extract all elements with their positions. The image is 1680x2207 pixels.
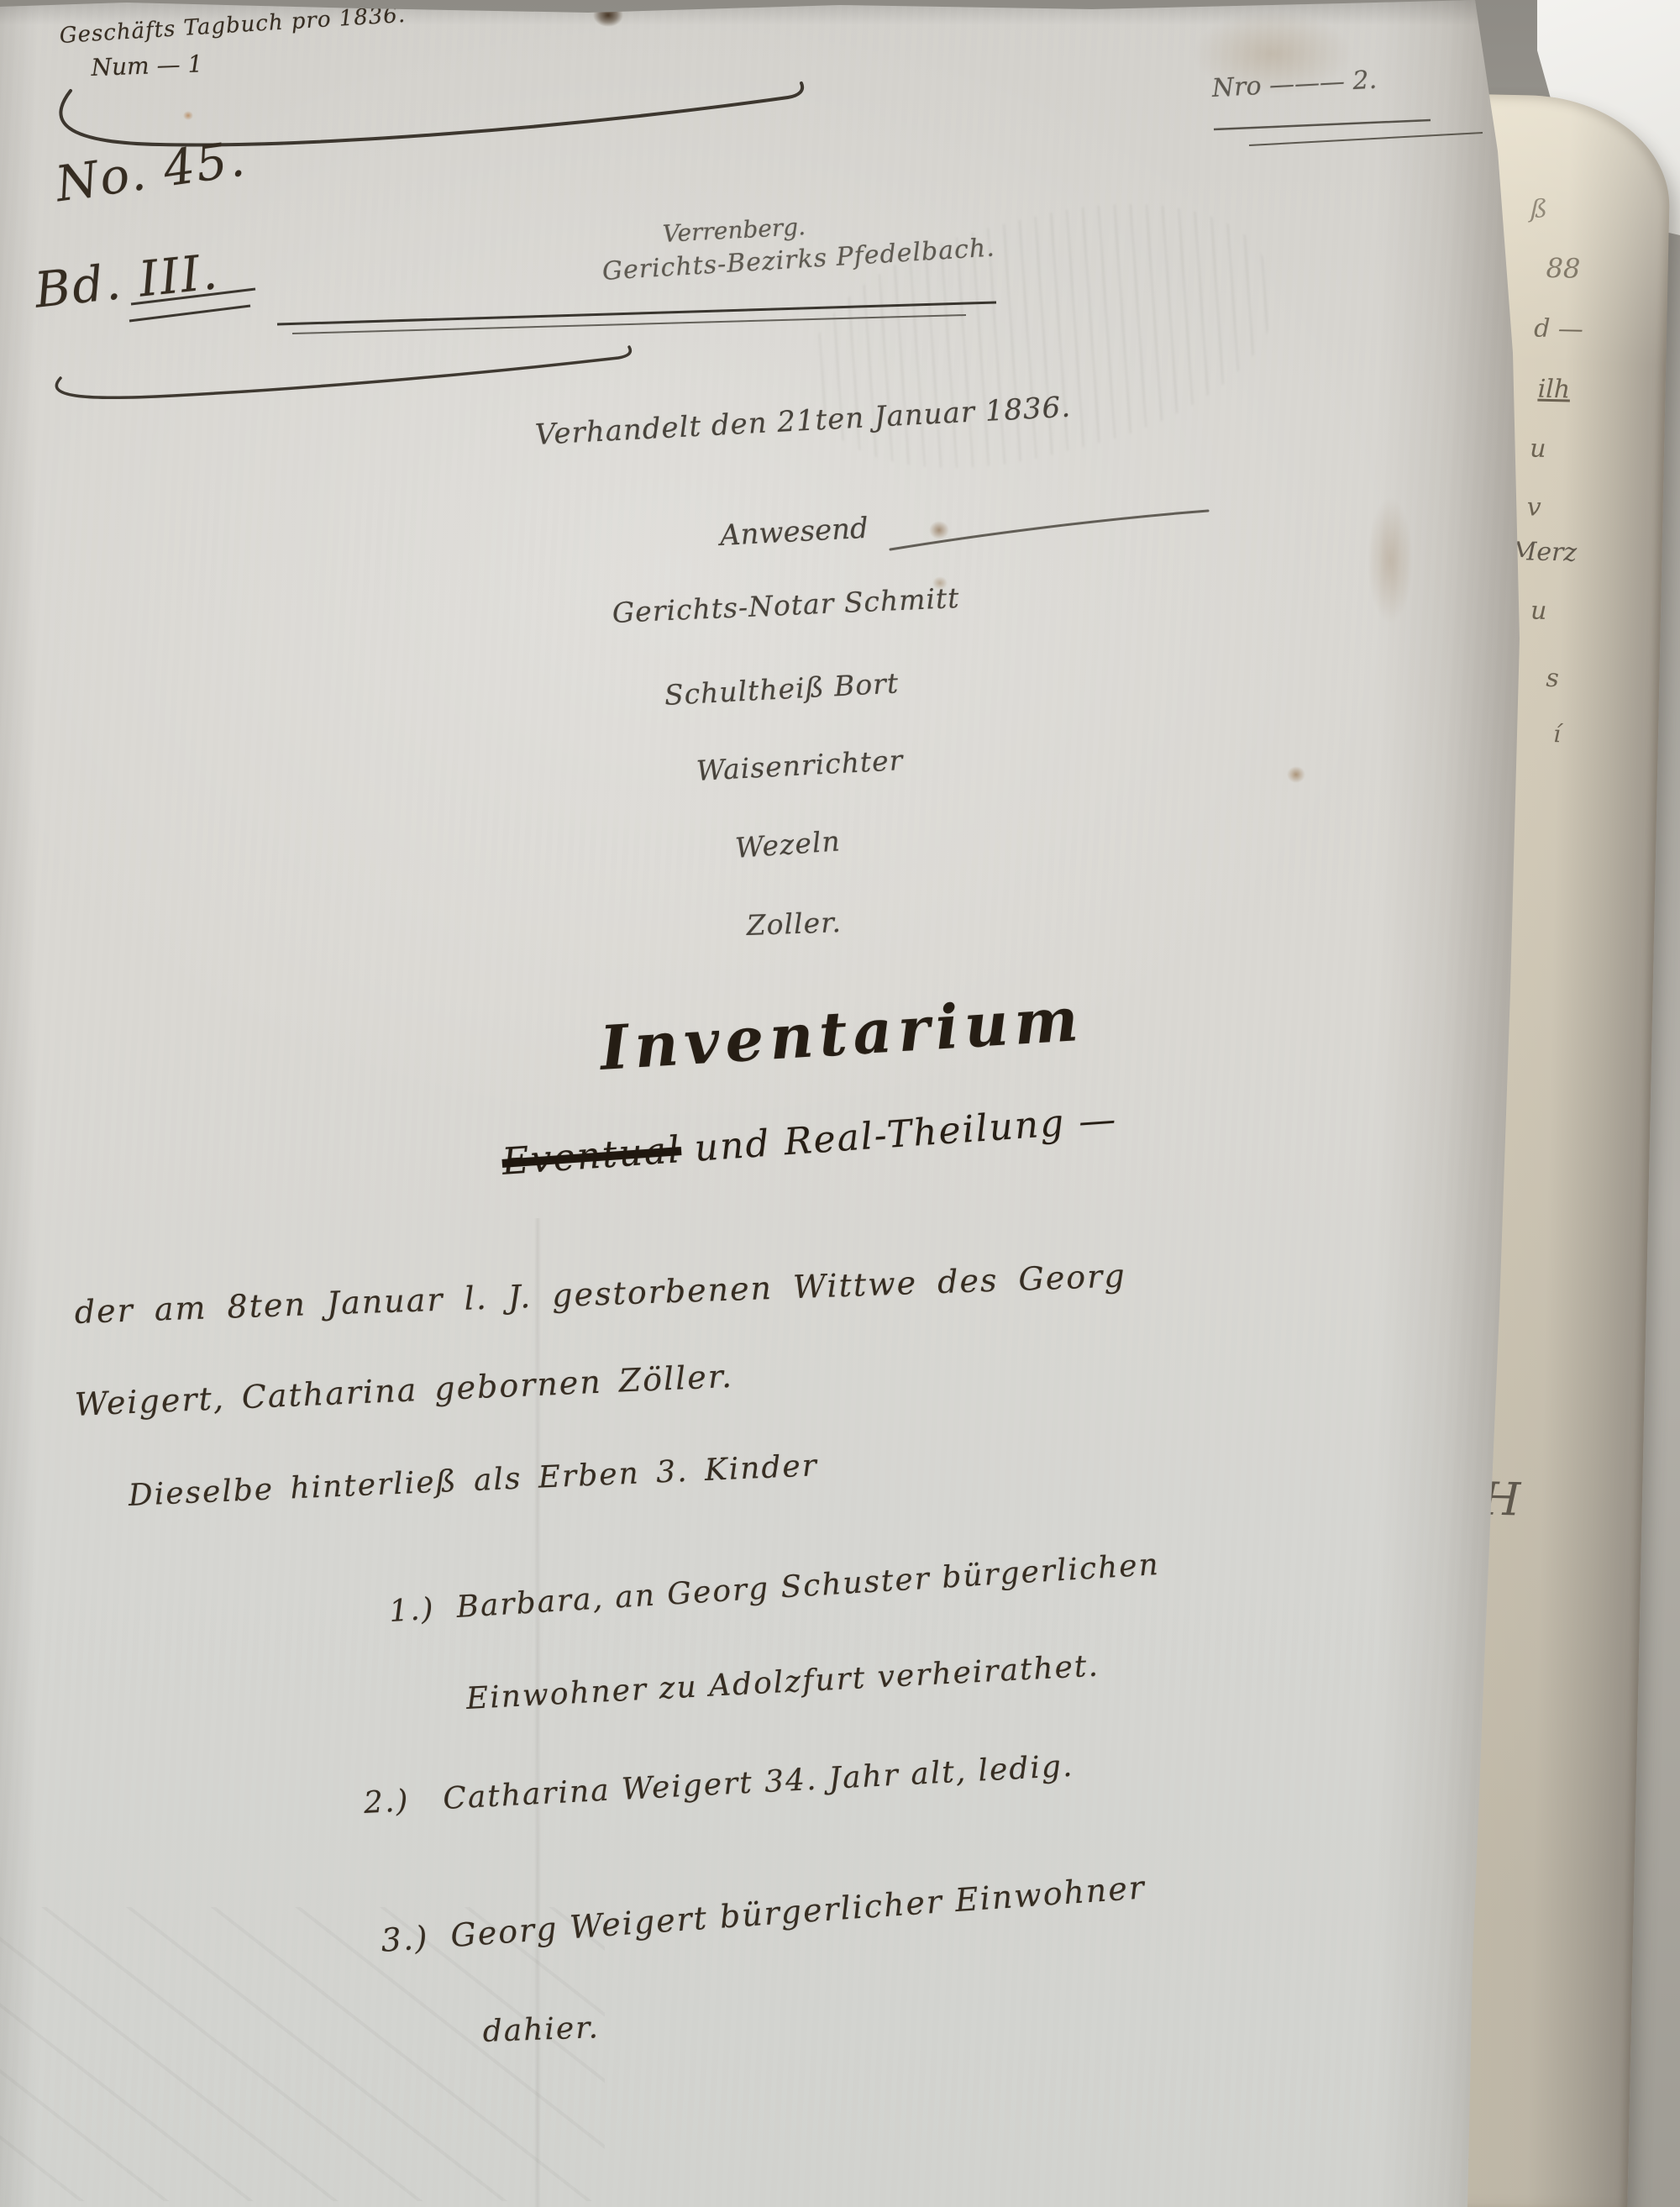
heir-item-3-line-1: 3.)Georg Weigert bürgerlicher Einwohner: [380, 1868, 1147, 1959]
file-number: No. 45.: [52, 129, 249, 213]
place-header: Verrenberg.: [662, 213, 806, 248]
foxing-spot: [1368, 497, 1413, 623]
struck-word-eventual: Eventual: [501, 1128, 683, 1184]
manuscript-page: Geschäfts Tagbuch pro 1836. Num — 1 Nro …: [0, 0, 1522, 2207]
page-edge-text-fragment: u: [1530, 434, 1546, 463]
heir-item-1-line-2: Einwohner zu Adolzfurt verheirathet.: [465, 1649, 1100, 1716]
present-person: Waisenrichter: [696, 744, 904, 787]
page-edge-text-fragment: v: [1526, 492, 1541, 522]
date-line: Verhandelt den 21ten Januar 1836.: [534, 391, 1072, 452]
present-label: Anwesend: [719, 512, 869, 553]
heir-text: Georg Weigert bürgerlicher Einwohner: [449, 1868, 1147, 1954]
header-double-rule: [269, 296, 1008, 346]
page-edge-text-fragment: 88: [1546, 252, 1581, 285]
photograph-of-manuscript: ß 88 d — ilh u v Merz u s í H f Geschäft…: [0, 0, 1680, 2207]
foxing-spot: [929, 521, 949, 539]
page-edge-text-fragment: Merz: [1510, 537, 1577, 568]
page-edge-text-fragment: d —: [1534, 314, 1583, 344]
present-person: Schultheiß Bort: [664, 666, 900, 712]
heir-item-3-line-2: dahier.: [482, 2010, 601, 2049]
journal-note: Geschäfts Tagbuch pro 1836.: [59, 3, 407, 49]
nro-label: Nro ——— 2.: [1211, 66, 1378, 103]
nro-underline: [1205, 108, 1491, 158]
present-person: Gerichts-Notar Schmitt: [612, 581, 960, 629]
flourish-under-volume: [30, 277, 736, 403]
page-edge-text-fragment: s: [1546, 664, 1559, 693]
district-header: Gerichts-Bezirks Pfedelbach.: [601, 233, 996, 286]
heir-number: 1.): [388, 1592, 436, 1629]
page-edge-text-fragment: u: [1530, 596, 1547, 626]
crease-shadow: [0, 1907, 605, 2201]
volume-label: Bd. III.: [32, 243, 222, 319]
body-line: Weigert, Catharina gebornen Zöller.: [74, 1358, 734, 1423]
heir-item-1-line-1: 1.)Barbara, an Georg Schuster bürgerlich…: [388, 1548, 1161, 1629]
foxing-spot: [932, 576, 948, 590]
foxing-spot: [183, 111, 193, 120]
journal-number: Num — 1: [91, 50, 203, 81]
heir-number: 3.): [380, 1919, 430, 1959]
page-edge-text-fragment: ilh: [1537, 375, 1570, 405]
page-edge-text-fragment: í: [1553, 720, 1562, 748]
flourish-after-present-label: [882, 502, 1218, 561]
document-title: Inventarium: [598, 983, 1086, 1084]
body-line: Dieselbe hinterließ als Erben 3. Kinder: [128, 1448, 819, 1513]
heir-text: Catharina Weigert 34. Jahr alt, ledig.: [442, 1749, 1074, 1816]
heir-item-2: 2.)Catharina Weigert 34. Jahr alt, ledig…: [363, 1749, 1074, 1821]
body-line: der am 8ten Januar l. J. gestorbenen Wit…: [74, 1257, 1126, 1331]
heir-text: Barbara, an Georg Schuster bürgerlichen: [455, 1548, 1161, 1625]
page-edge-text-fragment: ß: [1530, 194, 1548, 223]
present-person: Wezeln: [734, 824, 842, 864]
foxing-spot: [1287, 766, 1305, 783]
document-subtitle: Eventual und Real-Theilung —: [501, 1098, 1119, 1184]
age-smudge: [1193, 12, 1352, 96]
subtitle-rest: und Real-Theilung —: [680, 1098, 1119, 1171]
present-person: Zoller.: [746, 906, 842, 942]
vertical-crease: [534, 1218, 541, 2207]
ink-blot-stain: [593, 3, 623, 27]
heir-number: 2.): [363, 1784, 410, 1821]
ink-bleed-through-ghost: [785, 165, 1298, 507]
flourish-under-journal-number: [34, 62, 823, 163]
